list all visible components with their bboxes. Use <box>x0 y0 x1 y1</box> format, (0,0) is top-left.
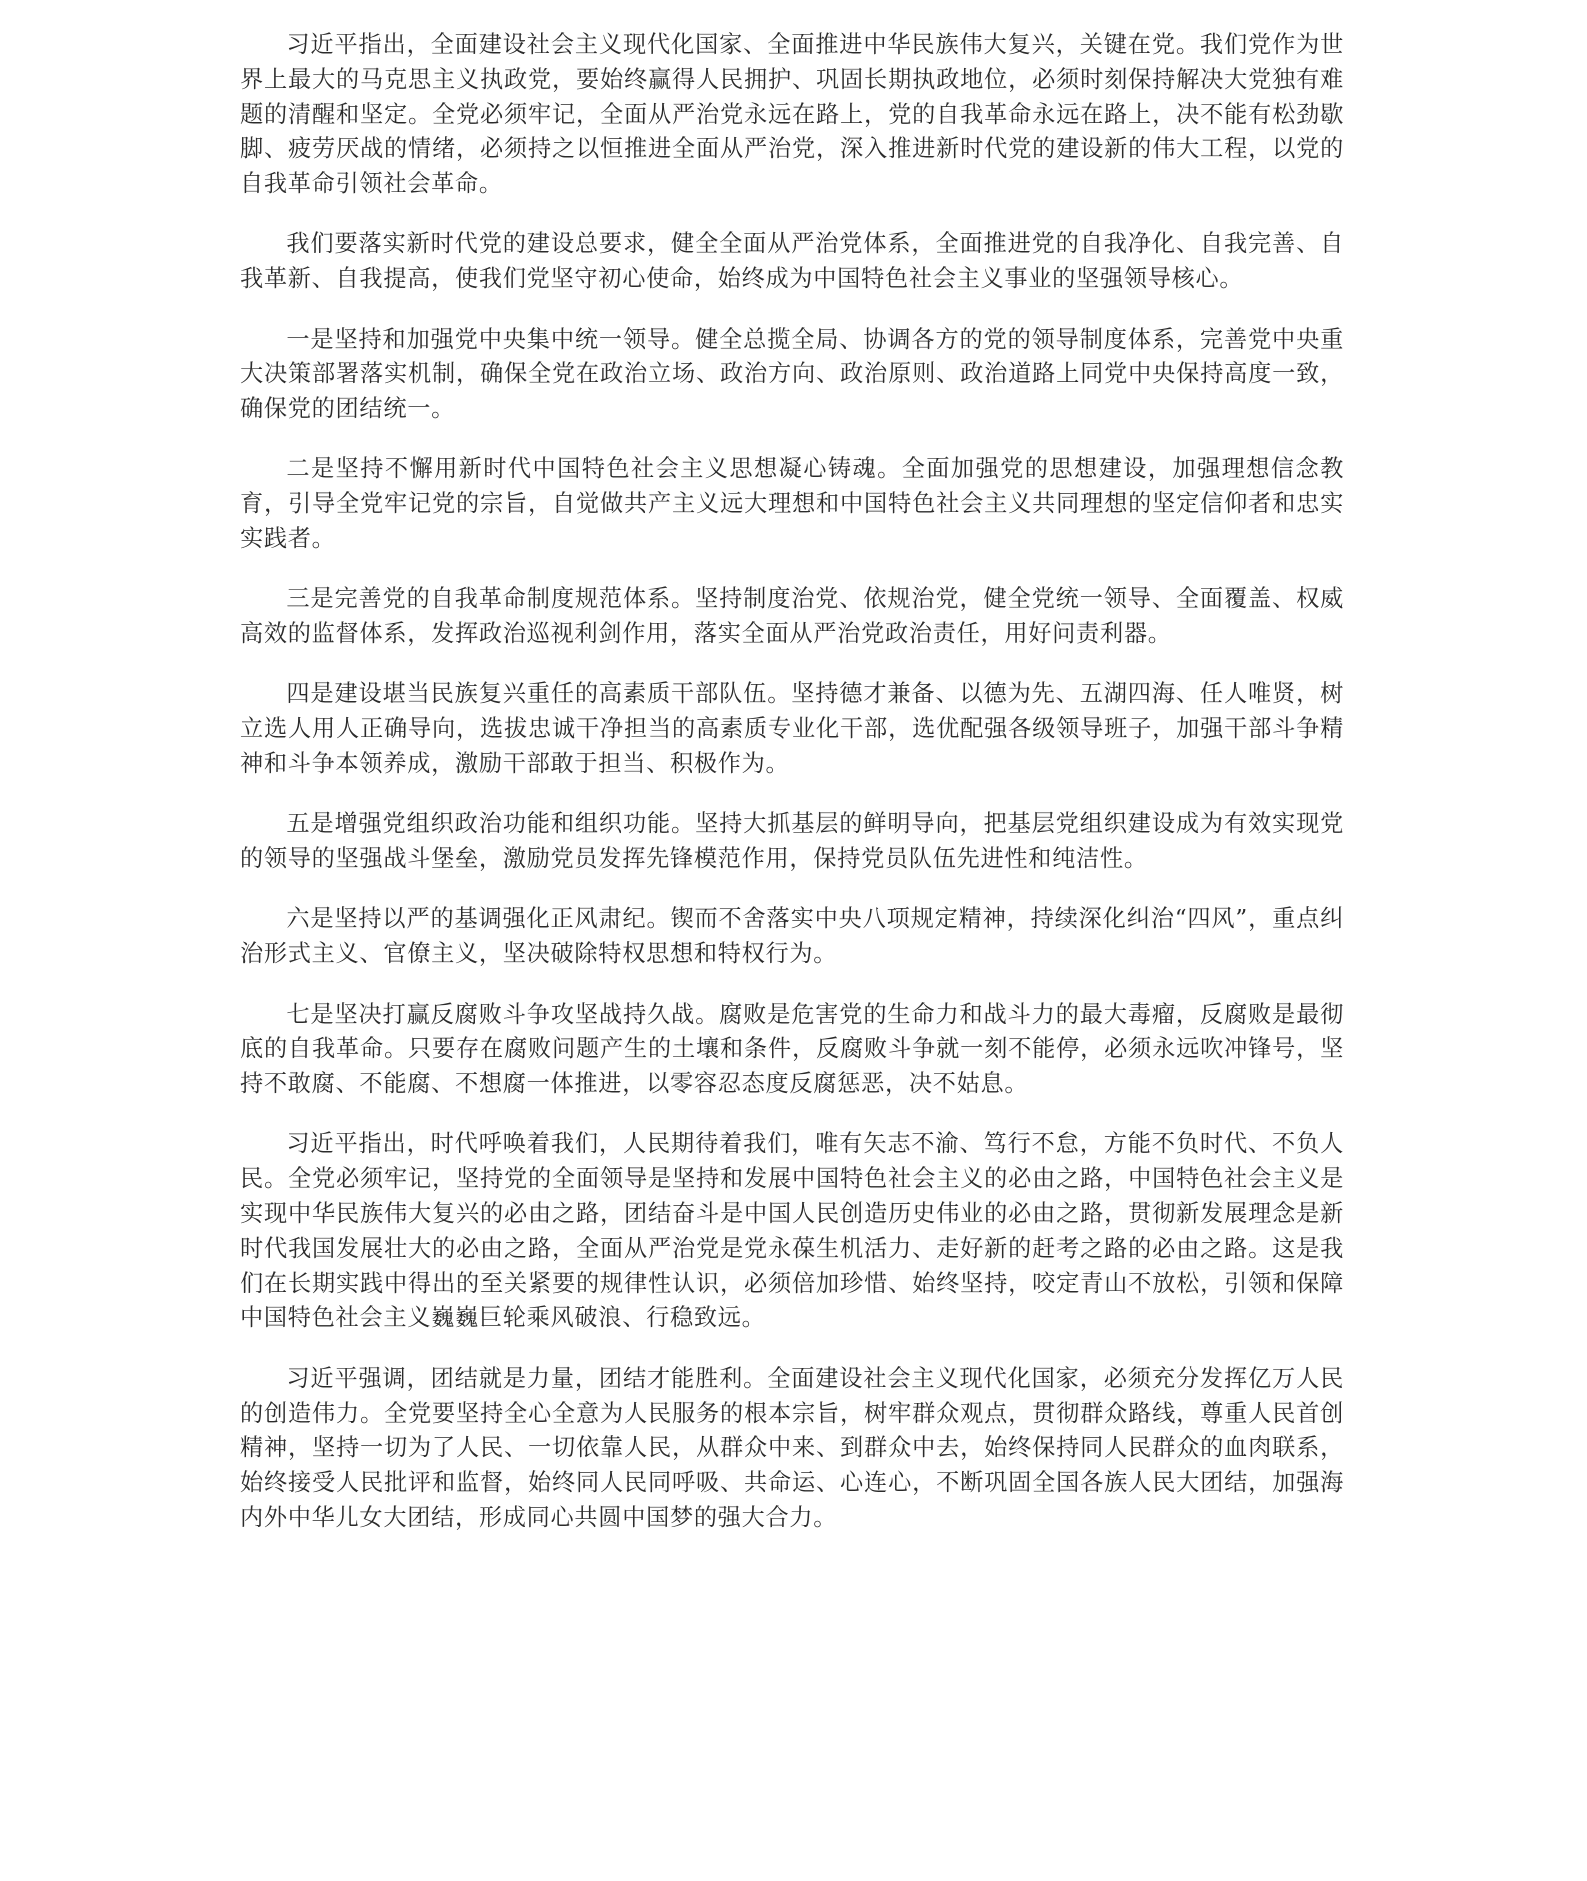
paragraph-unity-strength: 习近平强调，团结就是力量，团结才能胜利。全面建设社会主义现代化国家，必须充分发挥… <box>240 1362 1344 1536</box>
paragraph-point-one: 一是坚持和加强党中央集中统一领导。健全总揽全局、协调各方的党的领导制度体系，完善… <box>240 323 1344 427</box>
paragraph-point-four: 四是建设堪当民族复兴重任的高素质干部队伍。坚持德才兼备、以德为先、五湖四海、任人… <box>240 677 1344 781</box>
paragraph-point-five: 五是增强党组织政治功能和组织功能。坚持大抓基层的鲜明导向，把基层党组织建设成为有… <box>240 807 1344 877</box>
paragraph-point-two: 二是坚持不懈用新时代中国特色社会主义思想凝心铸魂。全面加强党的思想建设，加强理想… <box>240 452 1344 556</box>
paragraph-party-building-requirements: 我们要落实新时代党的建设总要求，健全全面从严治党体系，全面推进党的自我净化、自我… <box>240 227 1344 297</box>
paragraph-point-seven: 七是坚决打赢反腐败斗争攻坚战持久战。腐败是危害党的生命力和战斗力的最大毒瘤，反腐… <box>240 998 1344 1102</box>
article-body: 习近平指出，全面建设社会主义现代化国家、全面推进中华民族伟大复兴，关键在党。我们… <box>240 28 1344 1561</box>
paragraph-point-six: 六是坚持以严的基调强化正风肃纪。锲而不舍落实中央八项规定精神，持续深化纠治“四风… <box>240 902 1344 972</box>
paragraph-era-calling: 习近平指出，时代呼唤着我们，人民期待着我们，唯有矢志不渝、笃行不怠，方能不负时代… <box>240 1127 1344 1336</box>
paragraph-intro-party-key: 习近平指出，全面建设社会主义现代化国家、全面推进中华民族伟大复兴，关键在党。我们… <box>240 28 1344 202</box>
paragraph-point-three: 三是完善党的自我革命制度规范体系。坚持制度治党、依规治党，健全党统一领导、全面覆… <box>240 582 1344 652</box>
